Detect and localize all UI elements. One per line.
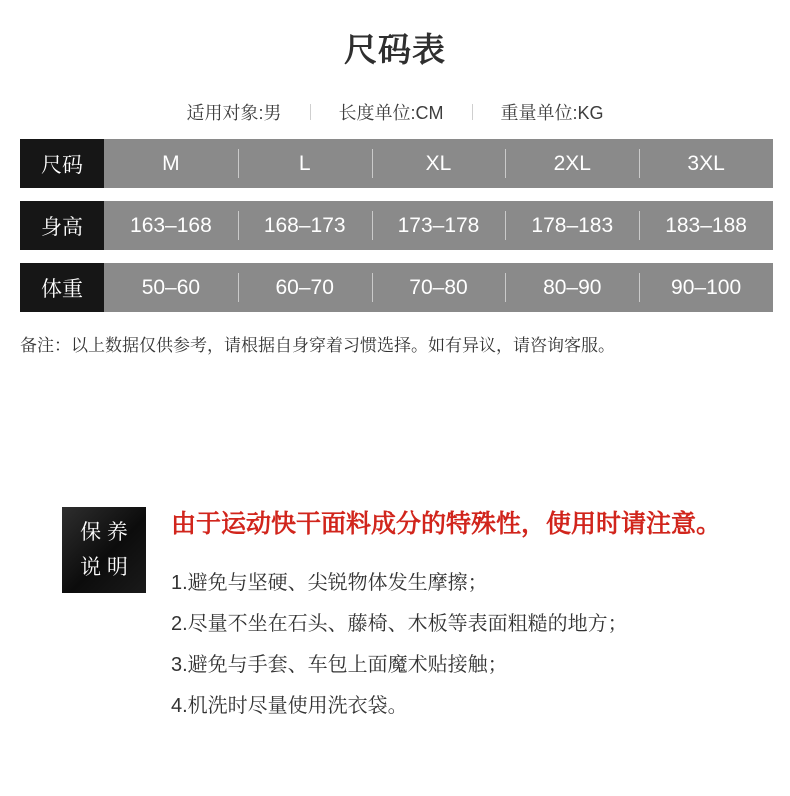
care-instruction-list: 1.避免与坚硬、尖锐物体发生摩擦； 2.尽量不坐在石头、藤椅、木板等表面粗糙的地… [171,563,771,727]
badge-line-1: 保 养 [80,515,128,550]
size-cell: 2XL [505,139,639,188]
row-header-weight: 体重 [20,263,104,312]
height-cell: 183–188 [639,201,773,250]
row-header-size: 尺码 [20,139,104,188]
care-item-2: 2.尽量不坐在石头、藤椅、木板等表面粗糙的地方； [171,604,771,645]
size-cell: XL [372,139,506,188]
size-cell: M [104,139,238,188]
table-row-weight: 体重 50–60 60–70 70–80 80–90 90–100 [20,263,773,312]
weight-cell: 80–90 [505,263,639,312]
weight-cell: 70–80 [372,263,506,312]
care-item-4: 4.机洗时尽量使用洗衣袋。 [171,686,771,727]
size-cell: L [238,139,372,188]
spec-length-unit: 长度单位:CM [339,99,444,125]
care-item-3: 3.避免与手套、车包上面魔术贴接触； [171,645,771,686]
height-cell: 173–178 [372,201,506,250]
table-row-height: 身高 163–168 168–173 173–178 178–183 183–1… [20,201,773,250]
weight-cell: 50–60 [104,263,238,312]
care-warning-heading: 由于运动快干面料成分的特殊性，使用时请注意。 [171,504,771,540]
weight-cell: 90–100 [639,263,773,312]
table-row-size: 尺码 M L XL 2XL 3XL [20,139,773,188]
height-cell: 168–173 [238,201,372,250]
page-title: 尺码表 [0,24,790,71]
size-cell: 3XL [639,139,773,188]
divider [472,104,473,120]
remark-note: 备注：以上数据仅供参考，请根据自身穿着习惯选择。如有异议，请咨询客服。 [20,331,770,356]
row-header-height: 身高 [20,201,104,250]
height-cell: 178–183 [505,201,639,250]
spec-target: 适用对象:男 [186,99,281,125]
weight-cell: 60–70 [238,263,372,312]
badge-line-2: 说 明 [80,550,128,585]
spec-weight-unit: 重量单位:KG [501,99,604,125]
size-table: 尺码 M L XL 2XL 3XL 身高 163–168 168–173 173… [20,139,773,325]
height-cell: 163–168 [104,201,238,250]
spec-row: 适用对象:男 长度单位:CM 重量单位:KG [0,99,790,125]
size-chart-page: 尺码表 适用对象:男 长度单位:CM 重量单位:KG 尺码 M L XL 2XL… [0,0,790,796]
divider [310,104,311,120]
care-instructions-badge: 保 养 说 明 [62,507,146,593]
care-item-1: 1.避免与坚硬、尖锐物体发生摩擦； [171,563,771,604]
